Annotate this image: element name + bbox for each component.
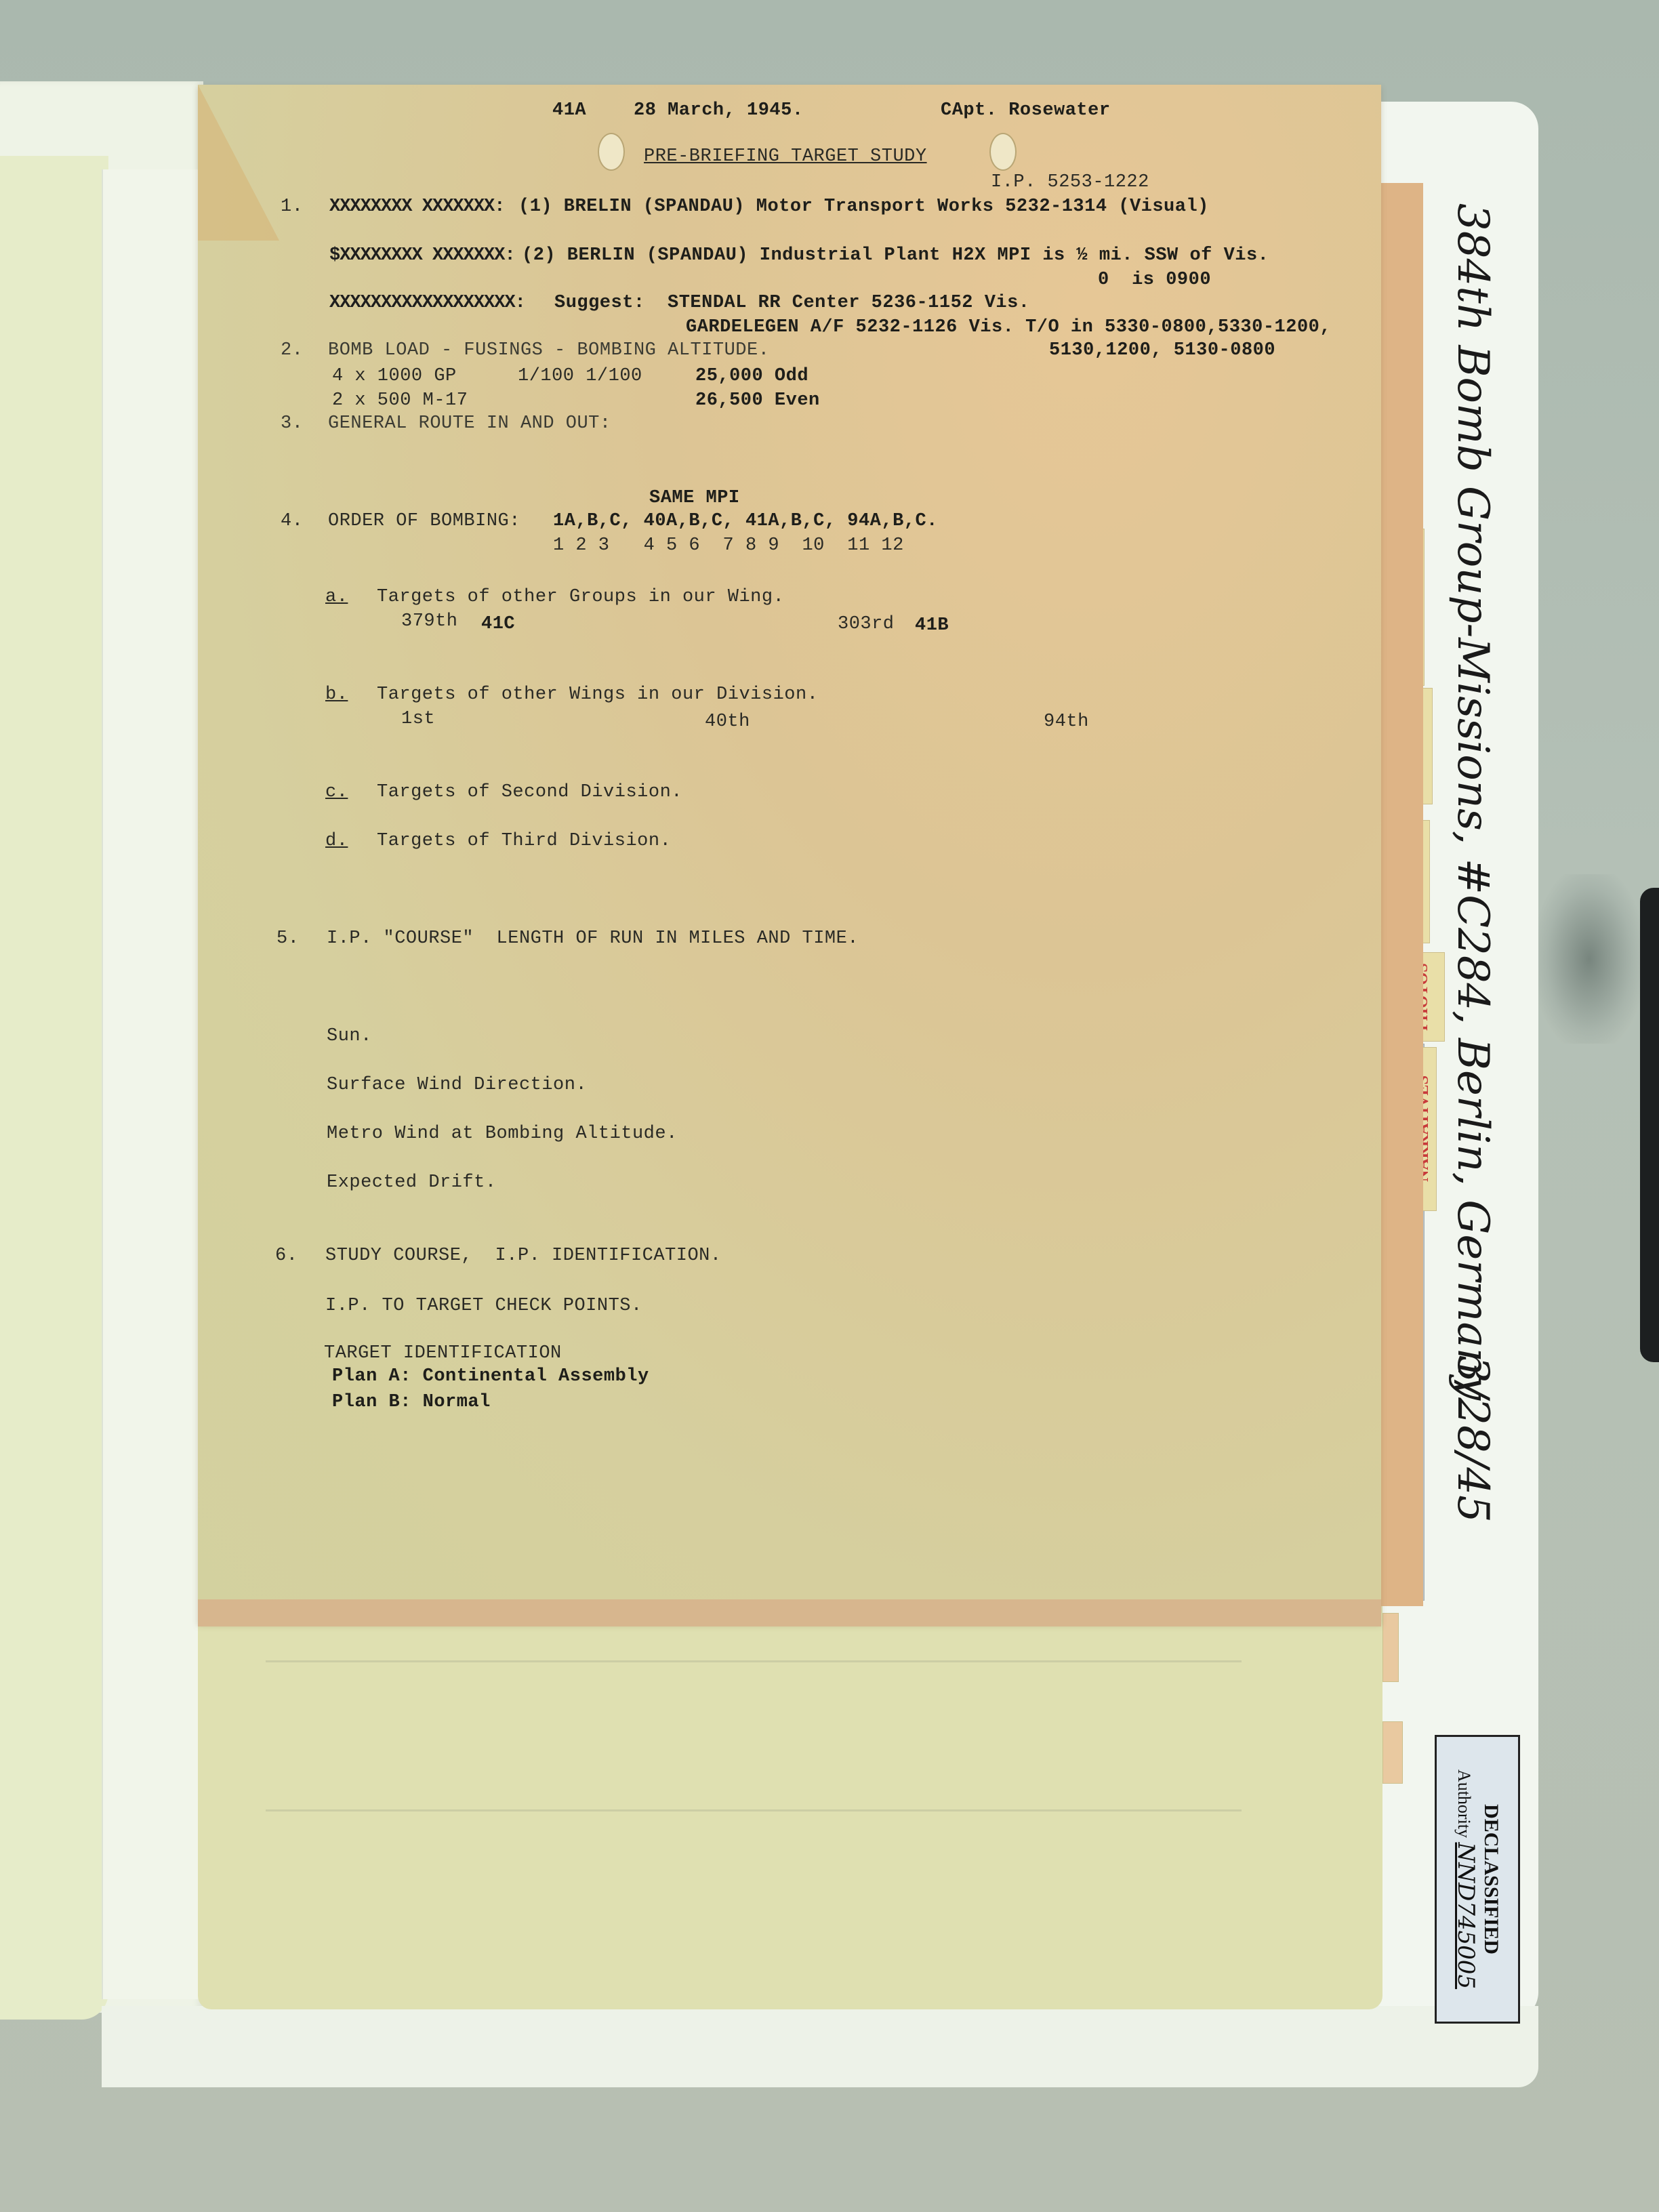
struck-text: XXXXXXXX XXXXXXX: bbox=[329, 197, 504, 217]
target-alternate: GARDELEGEN A/F 5232-1126 Vis. T/O in 533… bbox=[686, 317, 1331, 337]
sub-heading: Targets of other Groups in our Wing. bbox=[377, 587, 784, 607]
section-number: 2. bbox=[281, 340, 303, 361]
target-suggested: Suggest: STENDAL RR Center 5236-1152 Vis… bbox=[554, 293, 1030, 313]
ghost-rule bbox=[266, 1809, 1242, 1811]
course-item: Expected Drift. bbox=[327, 1172, 497, 1193]
wing-group: 303rd bbox=[838, 614, 895, 634]
sub-letter: d. bbox=[325, 831, 348, 851]
doc-group: 41A bbox=[552, 100, 586, 121]
bombing-order: 1A,B,C, 40A,B,C, 41A,B,C, 94A,B,C. bbox=[553, 511, 938, 531]
bomb-altitude: 25,000 Odd bbox=[695, 366, 808, 386]
course-item: Surface Wind Direction. bbox=[327, 1075, 587, 1095]
punch-hole bbox=[989, 133, 1017, 171]
section-heading: STUDY COURSE, I.P. IDENTIFICATION. bbox=[325, 1246, 722, 1266]
folder-left-sheet bbox=[0, 156, 108, 2020]
corner-fold bbox=[198, 85, 279, 241]
course-item: Metro Wind at Bombing Altitude. bbox=[327, 1124, 678, 1144]
wing-group-target: 41B bbox=[915, 615, 949, 636]
sub-heading: Targets of Second Division. bbox=[377, 782, 682, 802]
target-identification: TARGET IDENTIFICATION bbox=[324, 1343, 562, 1364]
sub-letter: a. bbox=[325, 587, 348, 607]
bomb-altitude: 26,500 Even bbox=[695, 390, 820, 411]
division-wing: 94th bbox=[1044, 712, 1089, 732]
stamp-authority: Authority NND745005 bbox=[1452, 1769, 1479, 1989]
background-smudge bbox=[1538, 874, 1640, 1044]
course-item: Sun. bbox=[327, 1026, 372, 1046]
division-wing: 40th bbox=[705, 712, 750, 732]
section-heading: I.P. "COURSE" LENGTH OF RUN IN MILES AND… bbox=[327, 928, 859, 949]
declassified-stamp: DECLASSIFIED Authority NND745005 bbox=[1435, 1735, 1520, 2024]
doc-date: 28 March, 1945. bbox=[634, 100, 804, 121]
plan-b: Plan B: Normal bbox=[332, 1392, 491, 1412]
handwritten-folder-date: 3/28/45 bbox=[1448, 1355, 1498, 1523]
sub-letter: b. bbox=[325, 684, 348, 705]
handwritten-folder-label: 384th Bomb Group-Missions, #C284, Berlin… bbox=[1448, 203, 1498, 1400]
bombing-sequence: 1 2 3 4 5 6 7 8 9 10 11 12 bbox=[553, 535, 904, 556]
section-heading: ORDER OF BOMBING: bbox=[328, 511, 520, 531]
section-number: 3. bbox=[281, 413, 303, 434]
folder-bottom-edge bbox=[102, 2006, 1538, 2087]
target-alternate-coords: 5130,1200, 5130-0800 bbox=[1049, 340, 1275, 361]
sub-letter: c. bbox=[325, 782, 348, 802]
phone-edge bbox=[1640, 888, 1659, 1362]
tab-small bbox=[1382, 1721, 1403, 1784]
tab-small bbox=[1382, 1613, 1399, 1682]
ghost-rule bbox=[266, 1660, 1242, 1662]
sub-heading: Targets of Third Division. bbox=[377, 831, 671, 851]
wing-group-target: 41C bbox=[481, 614, 515, 634]
bomb-fusing: 1/100 1/100 bbox=[518, 366, 642, 386]
stamp-title: DECLASSIFIED bbox=[1479, 1769, 1502, 1989]
target-secondary: (2) BERLIN (SPANDAU) Industrial Plant H2… bbox=[522, 245, 1269, 266]
bomb-load: 4 x 1000 GP bbox=[332, 366, 457, 386]
struck-text: $XXXXXXXX XXXXXXX: bbox=[329, 245, 515, 266]
folder-divider-edge bbox=[1376, 183, 1423, 1606]
same-mpi-note: SAME MPI bbox=[649, 488, 740, 508]
bomb-load: 2 x 500 M-17 bbox=[332, 390, 468, 411]
ip-line: I.P. 5253-1222 bbox=[991, 172, 1149, 192]
section-number: 5. bbox=[276, 928, 299, 949]
wing-group: 379th bbox=[401, 611, 458, 632]
division-wing: 1st bbox=[401, 709, 435, 729]
target-secondary-heading: 0 is 0900 bbox=[1098, 270, 1211, 290]
section-number: 1. bbox=[281, 197, 303, 217]
punch-hole bbox=[598, 133, 625, 171]
section-heading: BOMB LOAD - FUSINGS - BOMBING ALTITUDE. bbox=[328, 340, 769, 361]
section-number: 6. bbox=[275, 1246, 298, 1266]
doc-title: PRE-BRIEFING TARGET STUDY bbox=[644, 146, 927, 167]
doc-officer: CApt. Rosewater bbox=[941, 100, 1111, 121]
check-points: I.P. TO TARGET CHECK POINTS. bbox=[325, 1296, 642, 1316]
section-number: 4. bbox=[281, 511, 303, 531]
folder-left-page-edge bbox=[102, 169, 205, 1999]
sub-heading: Targets of other Wings in our Division. bbox=[377, 684, 818, 705]
struck-text: XXXXXXXXXXXXXXXXXX: bbox=[329, 293, 525, 313]
section-heading: GENERAL ROUTE IN AND OUT: bbox=[328, 413, 611, 434]
underlying-sheet bbox=[198, 1599, 1382, 2009]
document-bottom-edge bbox=[198, 1599, 1381, 1626]
plan-a: Plan A: Continental Assembly bbox=[332, 1366, 649, 1387]
target-primary: (1) BRELIN (SPANDAU) Motor Transport Wor… bbox=[518, 197, 1209, 217]
